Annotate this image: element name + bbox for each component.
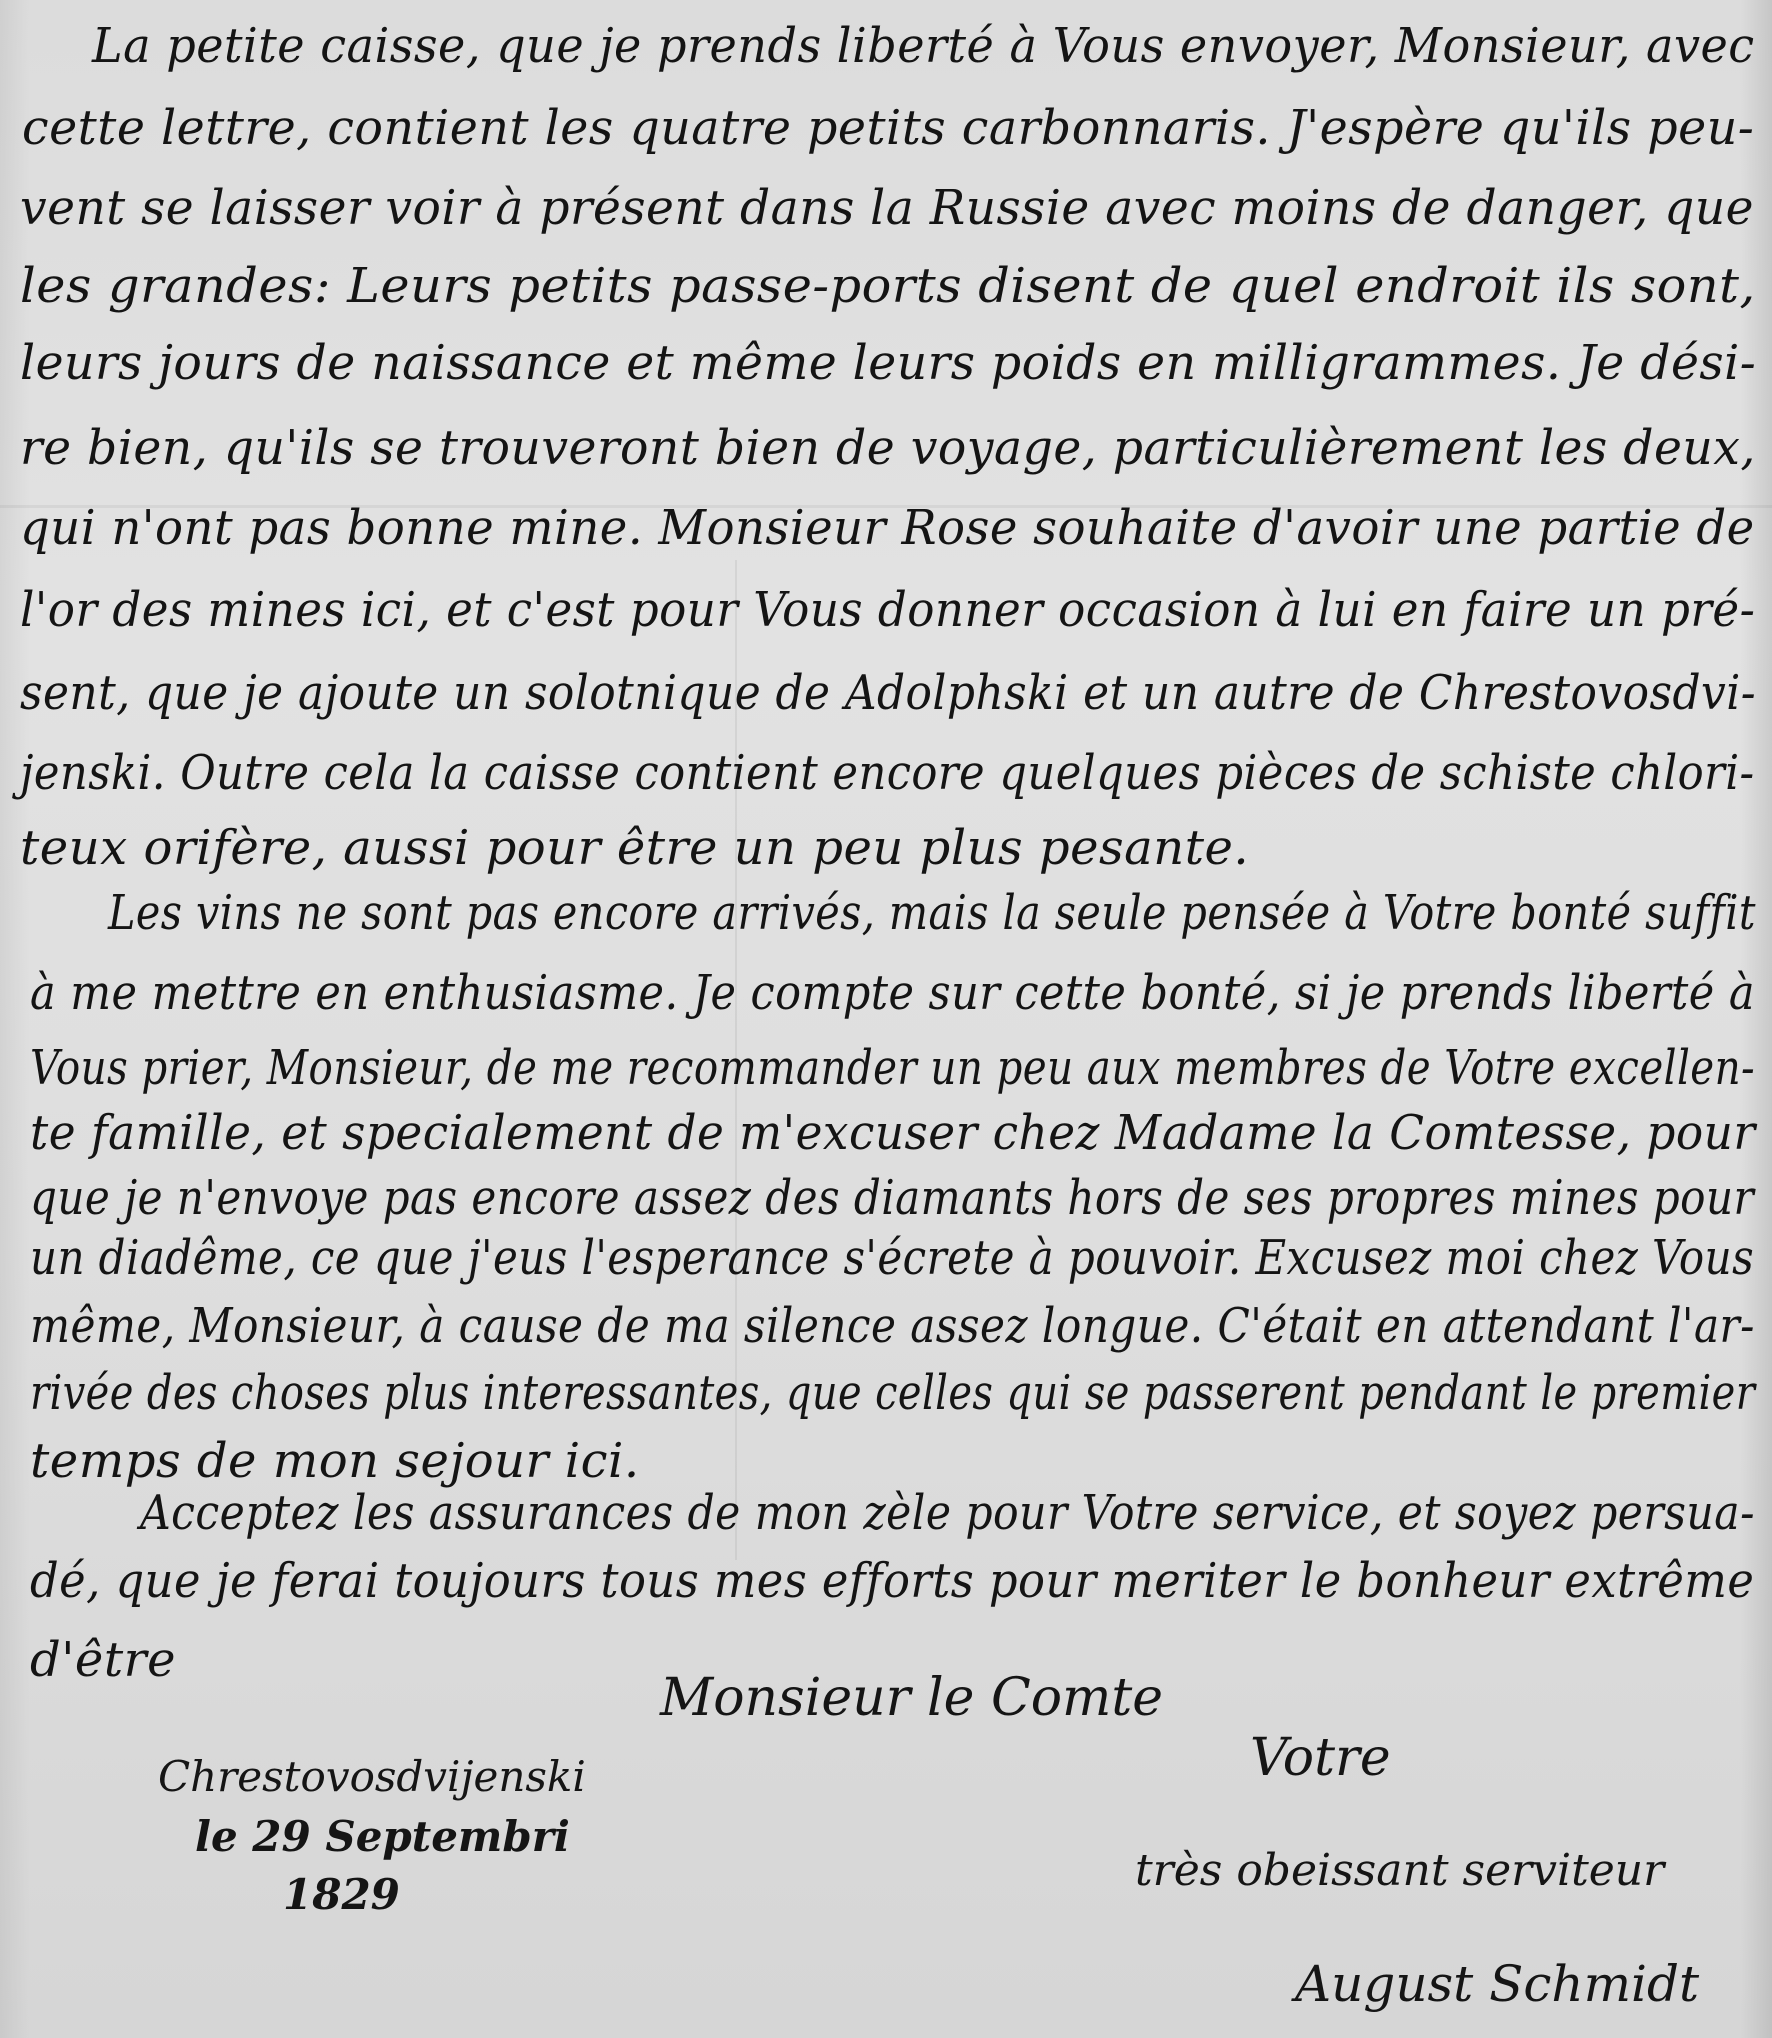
- letter-line: te famille, et specialement de m'excuser…: [30, 1105, 1756, 1161]
- letter-line: Vous prier, Monsieur, de me recommander …: [30, 1040, 1755, 1096]
- letter-line: l'or des mines ici, et c'est pour Vous d…: [20, 582, 1755, 638]
- closing-votre: Votre: [1250, 1728, 1391, 1788]
- dateline-year: 1829: [283, 1870, 400, 1919]
- letter-line: leurs jours de naissance et même leurs p…: [20, 335, 1756, 391]
- letter-line: re bien, qu'ils se trouveront bien de vo…: [20, 420, 1756, 476]
- letter-line: vent se laisser voir à présent dans la R…: [20, 180, 1754, 236]
- letter-page: La petite caisse, que je prends liberté …: [0, 0, 1772, 2038]
- letter-line: rivée des choses plus interessantes, que…: [30, 1365, 1755, 1421]
- dateline-date: le 29 Septembri: [195, 1812, 570, 1861]
- letter-line: qui n'ont pas bonne mine. Monsieur Rose …: [20, 500, 1755, 556]
- closing-servant: très obeissant serviteur: [1135, 1845, 1664, 1896]
- letter-line: Acceptez les assurances de mon zèle pour…: [140, 1485, 1755, 1541]
- letter-line: d'être: [30, 1632, 176, 1688]
- letter-line: cette lettre, contient les quatre petits…: [22, 100, 1754, 156]
- letter-line: Les vins ne sont pas encore arrivés, mai…: [108, 885, 1756, 941]
- signature: August Schmidt: [1295, 1955, 1699, 2013]
- closing-salutation: Monsieur le Comte: [660, 1668, 1163, 1728]
- letter-line: dé, que je ferai toujours tous mes effor…: [30, 1553, 1754, 1609]
- letter-line: à me mettre en enthusiasme. Je compte su…: [30, 965, 1755, 1021]
- letter-line: jenski. Outre cela la caisse contient en…: [20, 745, 1755, 801]
- letter-line: un diadême, ce que j'eus l'esperance s'é…: [30, 1230, 1754, 1286]
- letter-line: les grandes: Leurs petits passe-ports di…: [20, 258, 1756, 314]
- letter-line: La petite caisse, que je prends liberté …: [92, 18, 1687, 74]
- dateline-place: Chrestovosdvijenski: [158, 1752, 586, 1801]
- letter-line: temps de mon sejour ici.: [30, 1433, 640, 1489]
- letter-line: que je n'envoye pas encore assez des dia…: [30, 1170, 1754, 1226]
- letter-line: sent, que je ajoute un solotnique de Ado…: [20, 665, 1756, 721]
- letter-line: teux orifère, aussi pour être un peu plu…: [20, 820, 1249, 876]
- letter-line: même, Monsieur, à cause de ma silence as…: [30, 1298, 1755, 1354]
